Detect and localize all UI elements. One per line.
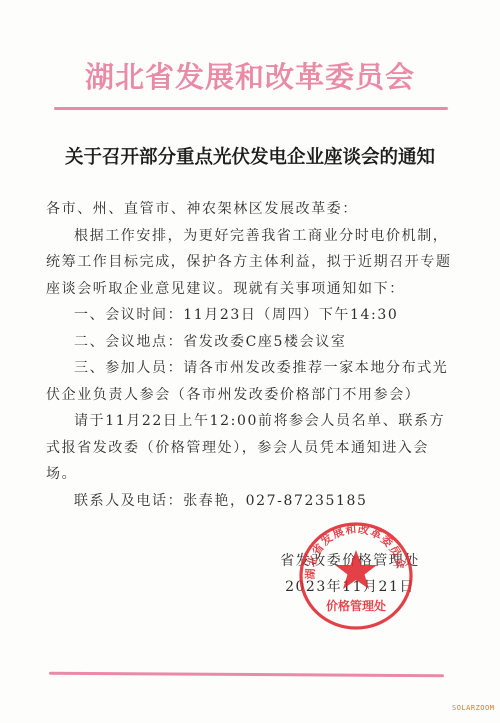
official-seal-icon: 湖北省发展和改革委员会 价格管理处 [297, 520, 415, 632]
masthead-divider [54, 107, 448, 110]
svg-text:价格管理处: 价格管理处 [326, 598, 386, 613]
document-body: 各市、州、直管市、神农架林区发展改革委： 根据工作安排，为更好完善我省工商业分时… [46, 196, 458, 514]
document-title: 关于召开部分重点光伏发电企业座谈会的通知 [0, 143, 500, 169]
watermark: SOLARZOOM [452, 704, 494, 712]
contact-info: 联系人及电话：张春艳，027-87235185 [46, 488, 458, 515]
masthead-title: 湖北省发展和改革委员会 [0, 55, 500, 96]
meeting-location: 二、会议地点：省发改委C座5楼会议室 [46, 329, 458, 356]
meeting-time: 一、会议时间：11月23日（周四）下午14:30 [46, 302, 458, 329]
addressee: 各市、州、直管市、神农架林区发展改革委： [46, 196, 458, 223]
participants: 三、参加人员：请各市州发改委推荐一家本地分布式光伏企业负责人参会（各市州发改委价… [46, 355, 458, 408]
submission-deadline: 请于11月22日上午12:00前将参会人员名单、联系方式报省发改委（价格管理处）… [46, 408, 458, 488]
footer-divider [49, 672, 444, 677]
intro-paragraph: 根据工作安排，为更好完善我省工商业分时电价机制，统筹工作目标完成，保护各方主体利… [46, 223, 458, 303]
